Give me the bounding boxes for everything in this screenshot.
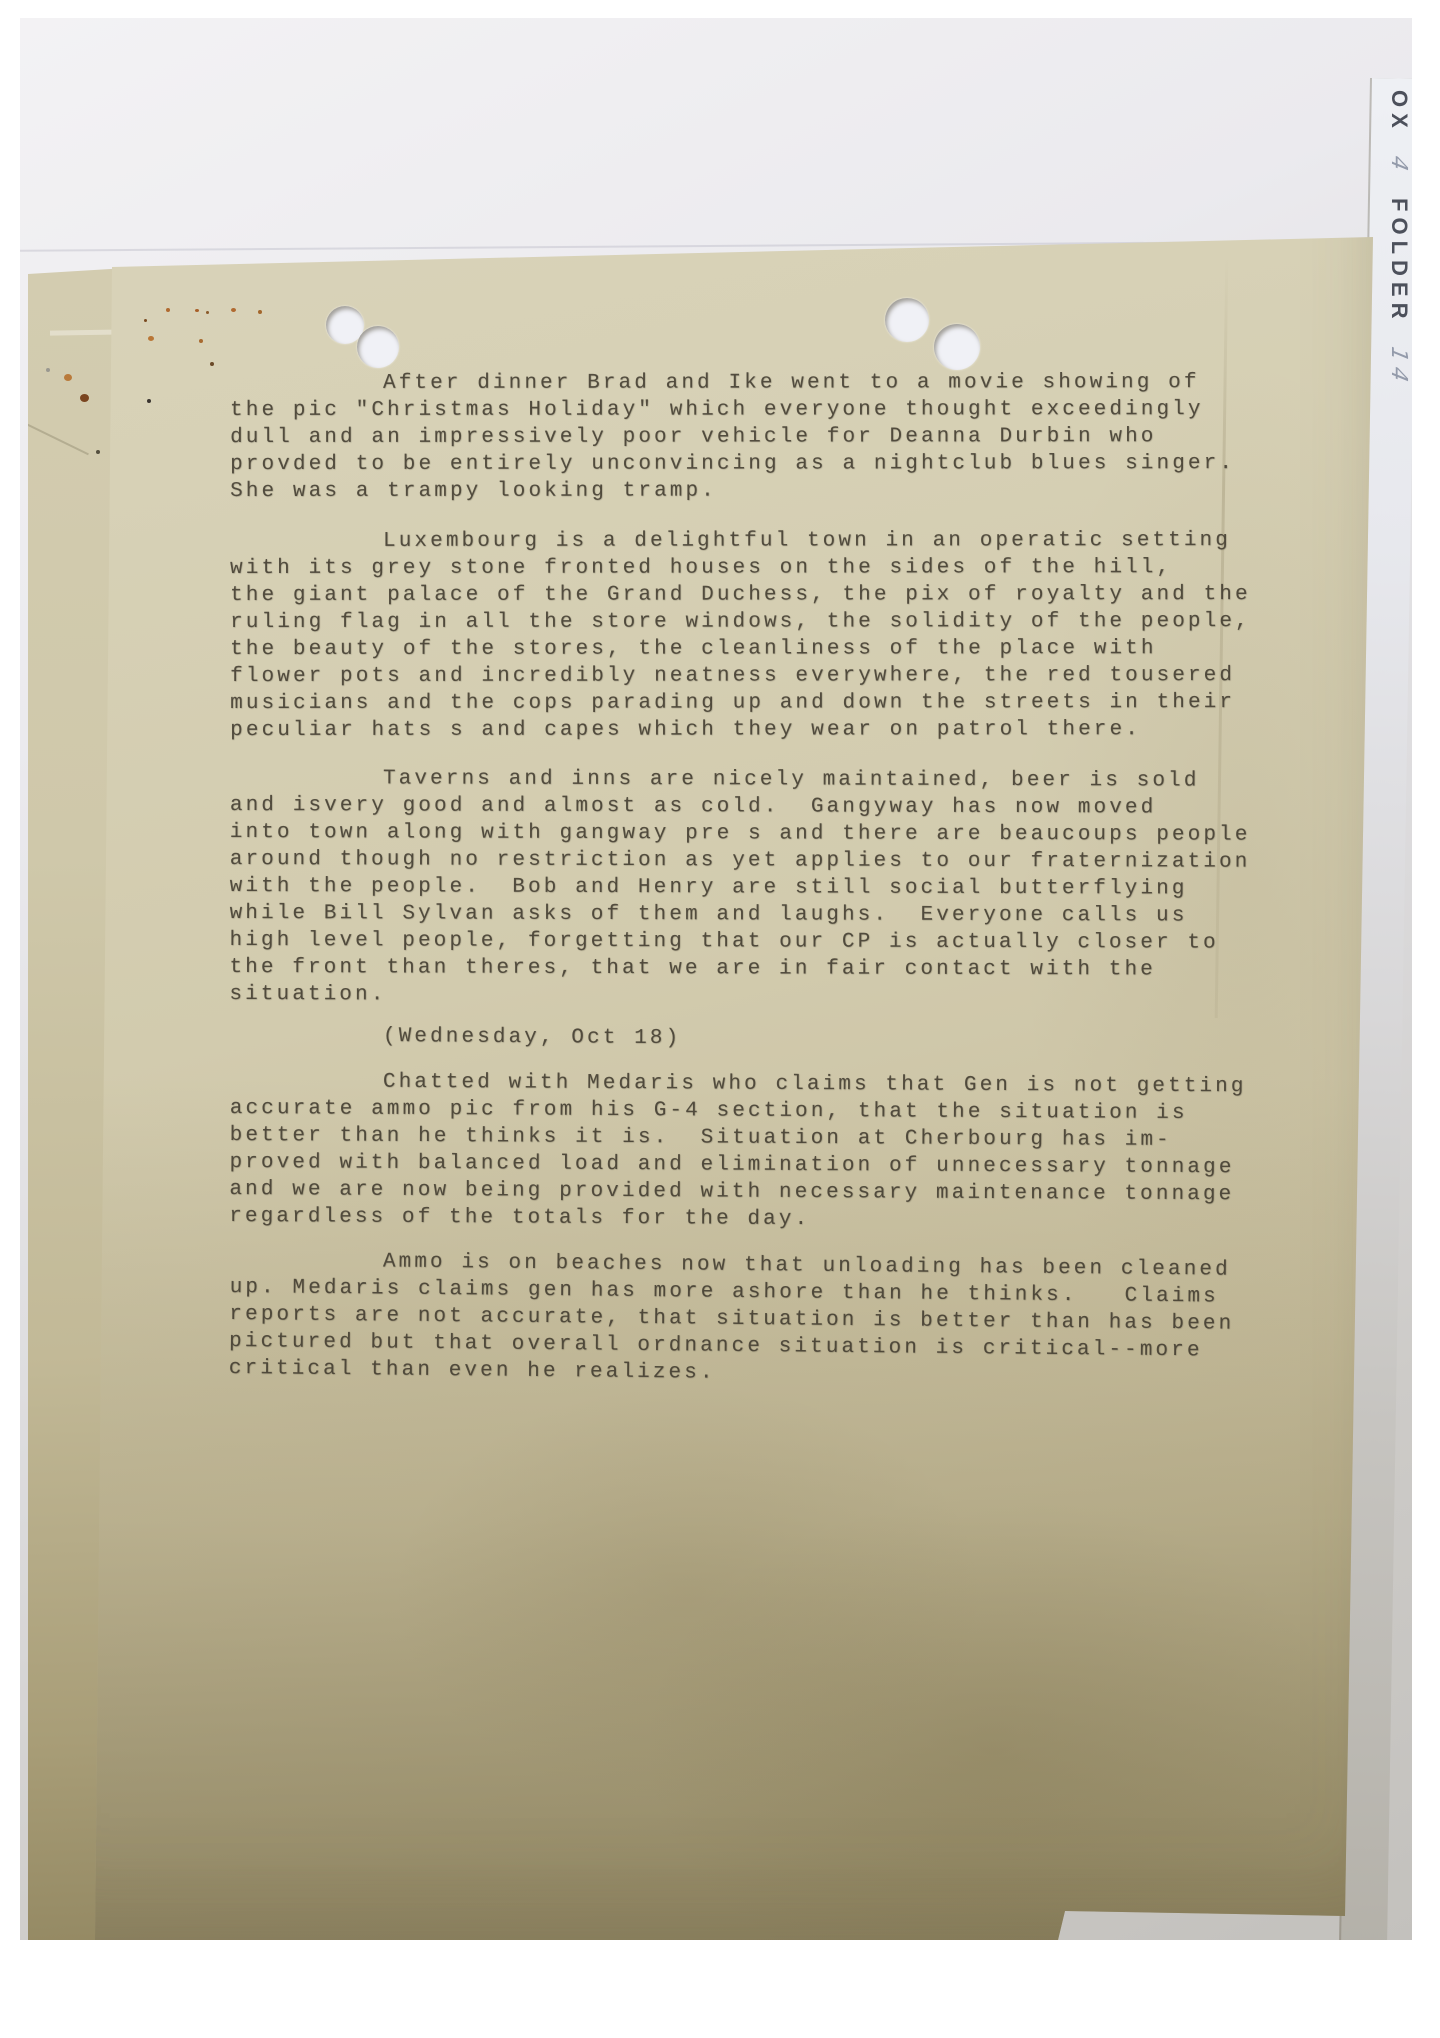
typed-line: musicians and the cops parading up and d… <box>230 689 1330 717</box>
typed-line: She was a trampy looking tramp. <box>230 477 1330 505</box>
typed-line: After dinner Brad and Ike went to a movi… <box>230 369 1330 397</box>
date-heading: (Wednesday, Oct 18) <box>230 1022 1330 1057</box>
folder-label: OX 4 FOLDER 14 <box>1382 90 1412 430</box>
typed-line: peculiar hats s and capes which they wea… <box>230 716 1330 744</box>
stain-speck <box>96 450 100 454</box>
typed-line: (Wednesday, Oct 18) <box>230 1022 1330 1057</box>
typed-line: the giant palace of the Grand Duchess, t… <box>230 581 1330 609</box>
typed-line: the front than theres, that we are in fa… <box>229 954 1329 984</box>
typed-line: provded to be entirely unconvincing as a… <box>230 450 1330 478</box>
typed-line: Taverns and inns are nicely maintained, … <box>230 765 1330 795</box>
typed-line: around though no restriction as yet appl… <box>230 846 1330 876</box>
typed-paragraph: Chatted with Medaris who claims that Gen… <box>229 1068 1330 1236</box>
typed-line: with its grey stone fronted houses on th… <box>230 554 1330 582</box>
typed-paragraph: After dinner Brad and Ike went to a movi… <box>230 369 1330 505</box>
typed-line: regardless of the totals for the day. <box>229 1203 1329 1236</box>
folder-number-handwritten: 14 <box>1386 344 1411 389</box>
box-number-handwritten: 4 <box>1386 153 1411 178</box>
typed-line: and isvery good and almost as cold. Gang… <box>230 792 1330 822</box>
typed-line: dull and an impressively poor vehicle fo… <box>230 423 1330 451</box>
typed-paragraph: Ammo is on beaches now that unloading ha… <box>229 1247 1330 1393</box>
typed-line: into town along with gangway pre s and t… <box>230 819 1330 849</box>
scan-white-border: After dinner Brad and Ike went to a movi… <box>0 0 1440 2038</box>
typed-line: the pic "Christmas Holiday" which everyo… <box>230 396 1330 424</box>
typed-paragraph: Luxembourg is a delightful town in an op… <box>230 527 1330 744</box>
typed-line: the beauty of the stores, the cleanlines… <box>230 635 1330 663</box>
typed-text-block: After dinner Brad and Ike went to a movi… <box>20 18 1412 1940</box>
typed-line: ruling flag in all the store windows, th… <box>230 608 1330 636</box>
typed-line: Luxembourg is a delightful town in an op… <box>230 527 1330 555</box>
typed-paragraph: Taverns and inns are nicely maintained, … <box>229 765 1330 1011</box>
typed-line: flower pots and incredibly neatness ever… <box>230 662 1330 690</box>
folder-word: FOLDER <box>1387 198 1412 324</box>
document-photo: After dinner Brad and Ike went to a movi… <box>20 18 1412 1940</box>
typed-line: while Bill Sylvan asks of them and laugh… <box>230 900 1330 930</box>
typed-line: with the people. Bob and Henry are still… <box>230 873 1330 903</box>
stain-speck <box>80 394 89 402</box>
stain-speck <box>46 368 50 372</box>
stain-speck <box>64 374 72 381</box>
typed-line: situation. <box>229 981 1329 1011</box>
typed-page: After dinner Brad and Ike went to a movi… <box>20 18 1412 1940</box>
typed-line: high level people, forgetting that our C… <box>230 927 1330 957</box>
folder-label-prefix: OX <box>1387 90 1412 134</box>
page-crease <box>25 423 89 455</box>
